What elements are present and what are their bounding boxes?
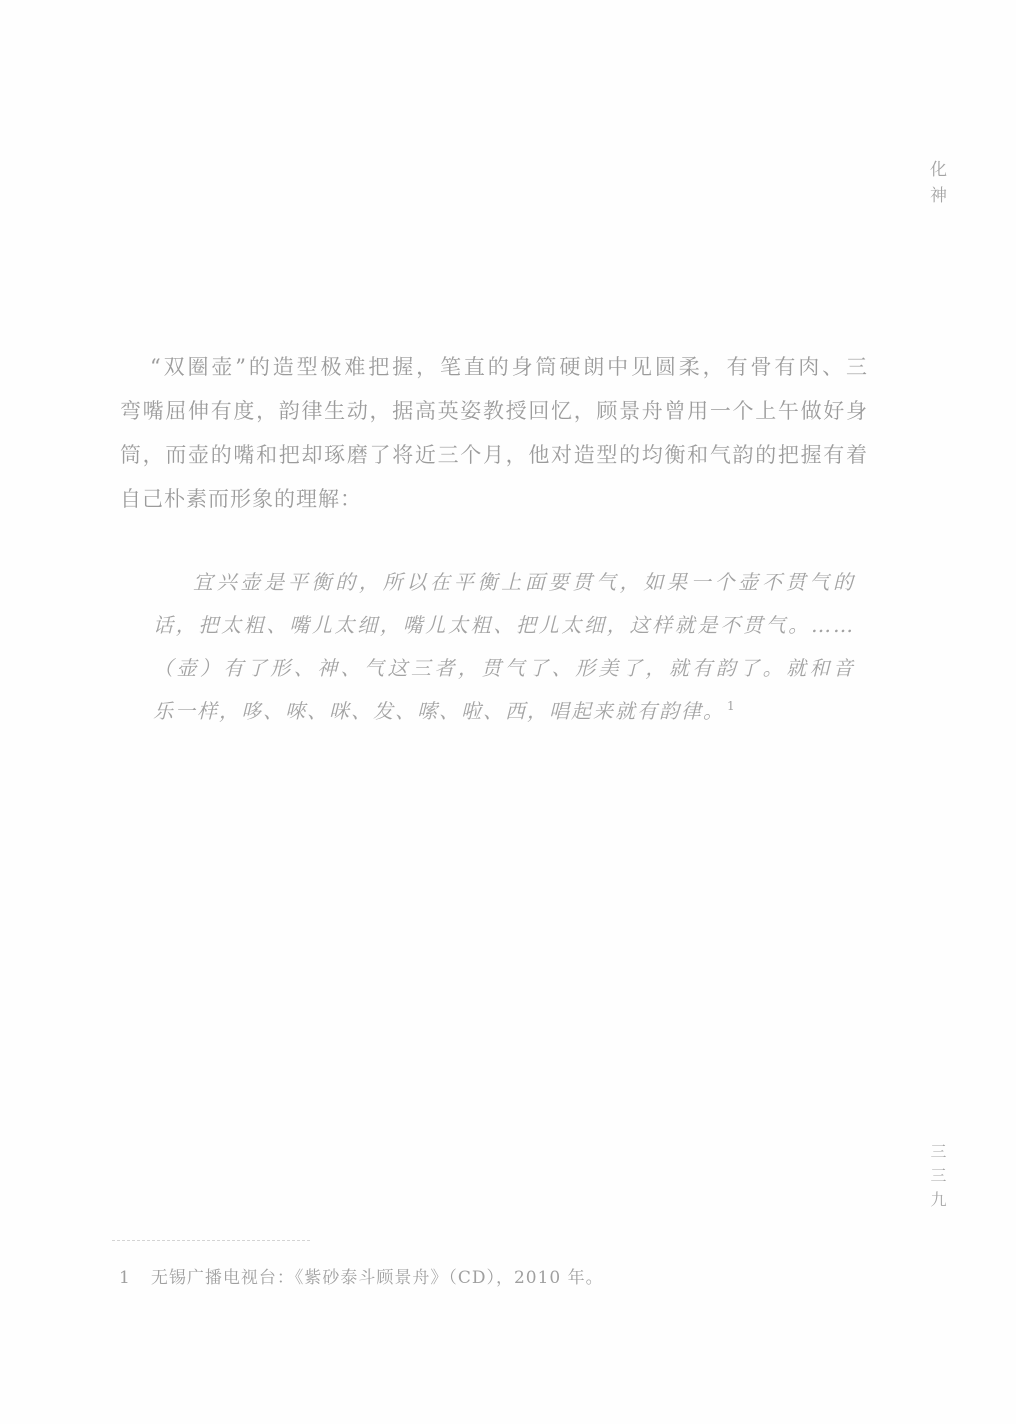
quote-line: 宜兴壶是平衡的，所以在平衡上面要贯气，如果一个壶不贯气的 xyxy=(153,561,855,604)
book-page: 化神 “双圈壶”的造型极难把握，笔直的身筒硬朗中见圆柔，有骨有肉、三 弯嘴屈伸有… xyxy=(0,0,1016,1424)
quote-line: 乐一样，哆、唻、咪、发、嗦、啦、西，唱起来就有韵律。1 xyxy=(153,690,855,733)
quote-line: 话，把太粗、嘴儿太细，嘴儿太粗、把儿太细，这样就是不贯气。…… xyxy=(153,604,855,647)
quote-line: （壶）有了形、神、气这三者，贯气了、形美了，就有韵了。就和音 xyxy=(153,647,855,690)
footnote-separator-rule xyxy=(112,1240,310,1241)
body-line: 筒，而壶的嘴和把却琢磨了将近三个月，他对造型的均衡和气韵的把握有着 xyxy=(120,433,868,477)
body-line: 弯嘴屈伸有度，韵律生动，据高英姿教授回忆，顾景舟曾用一个上午做好身 xyxy=(120,389,868,433)
quote-line-text: 乐一样，哆、唻、咪、发、嗦、啦、西，唱起来就有韵律。 xyxy=(153,699,725,723)
footnote-number: 1 xyxy=(119,1262,131,1294)
footnote-text: 无锡广播电视台：《紫砂泰斗顾景舟》（CD），2010 年。 xyxy=(151,1268,604,1288)
page-number-vertical: 三三九 xyxy=(926,1143,949,1215)
body-line: “双圈壶”的造型极难把握，笔直的身筒硬朗中见圆柔，有骨有肉、三 xyxy=(120,345,868,389)
footnote-reference-marker: 1 xyxy=(727,699,735,713)
body-line: 自己朴素而形象的理解： xyxy=(120,477,868,521)
footnote: 1无锡广播电视台：《紫砂泰斗顾景舟》（CD），2010 年。 xyxy=(119,1262,604,1294)
body-paragraph: “双圈壶”的造型极难把握，笔直的身筒硬朗中见圆柔，有骨有肉、三 弯嘴屈伸有度，韵… xyxy=(120,345,868,521)
chapter-header-vertical: 化神 xyxy=(924,160,949,212)
block-quote: 宜兴壶是平衡的，所以在平衡上面要贯气，如果一个壶不贯气的 话，把太粗、嘴儿太细，… xyxy=(153,561,855,733)
